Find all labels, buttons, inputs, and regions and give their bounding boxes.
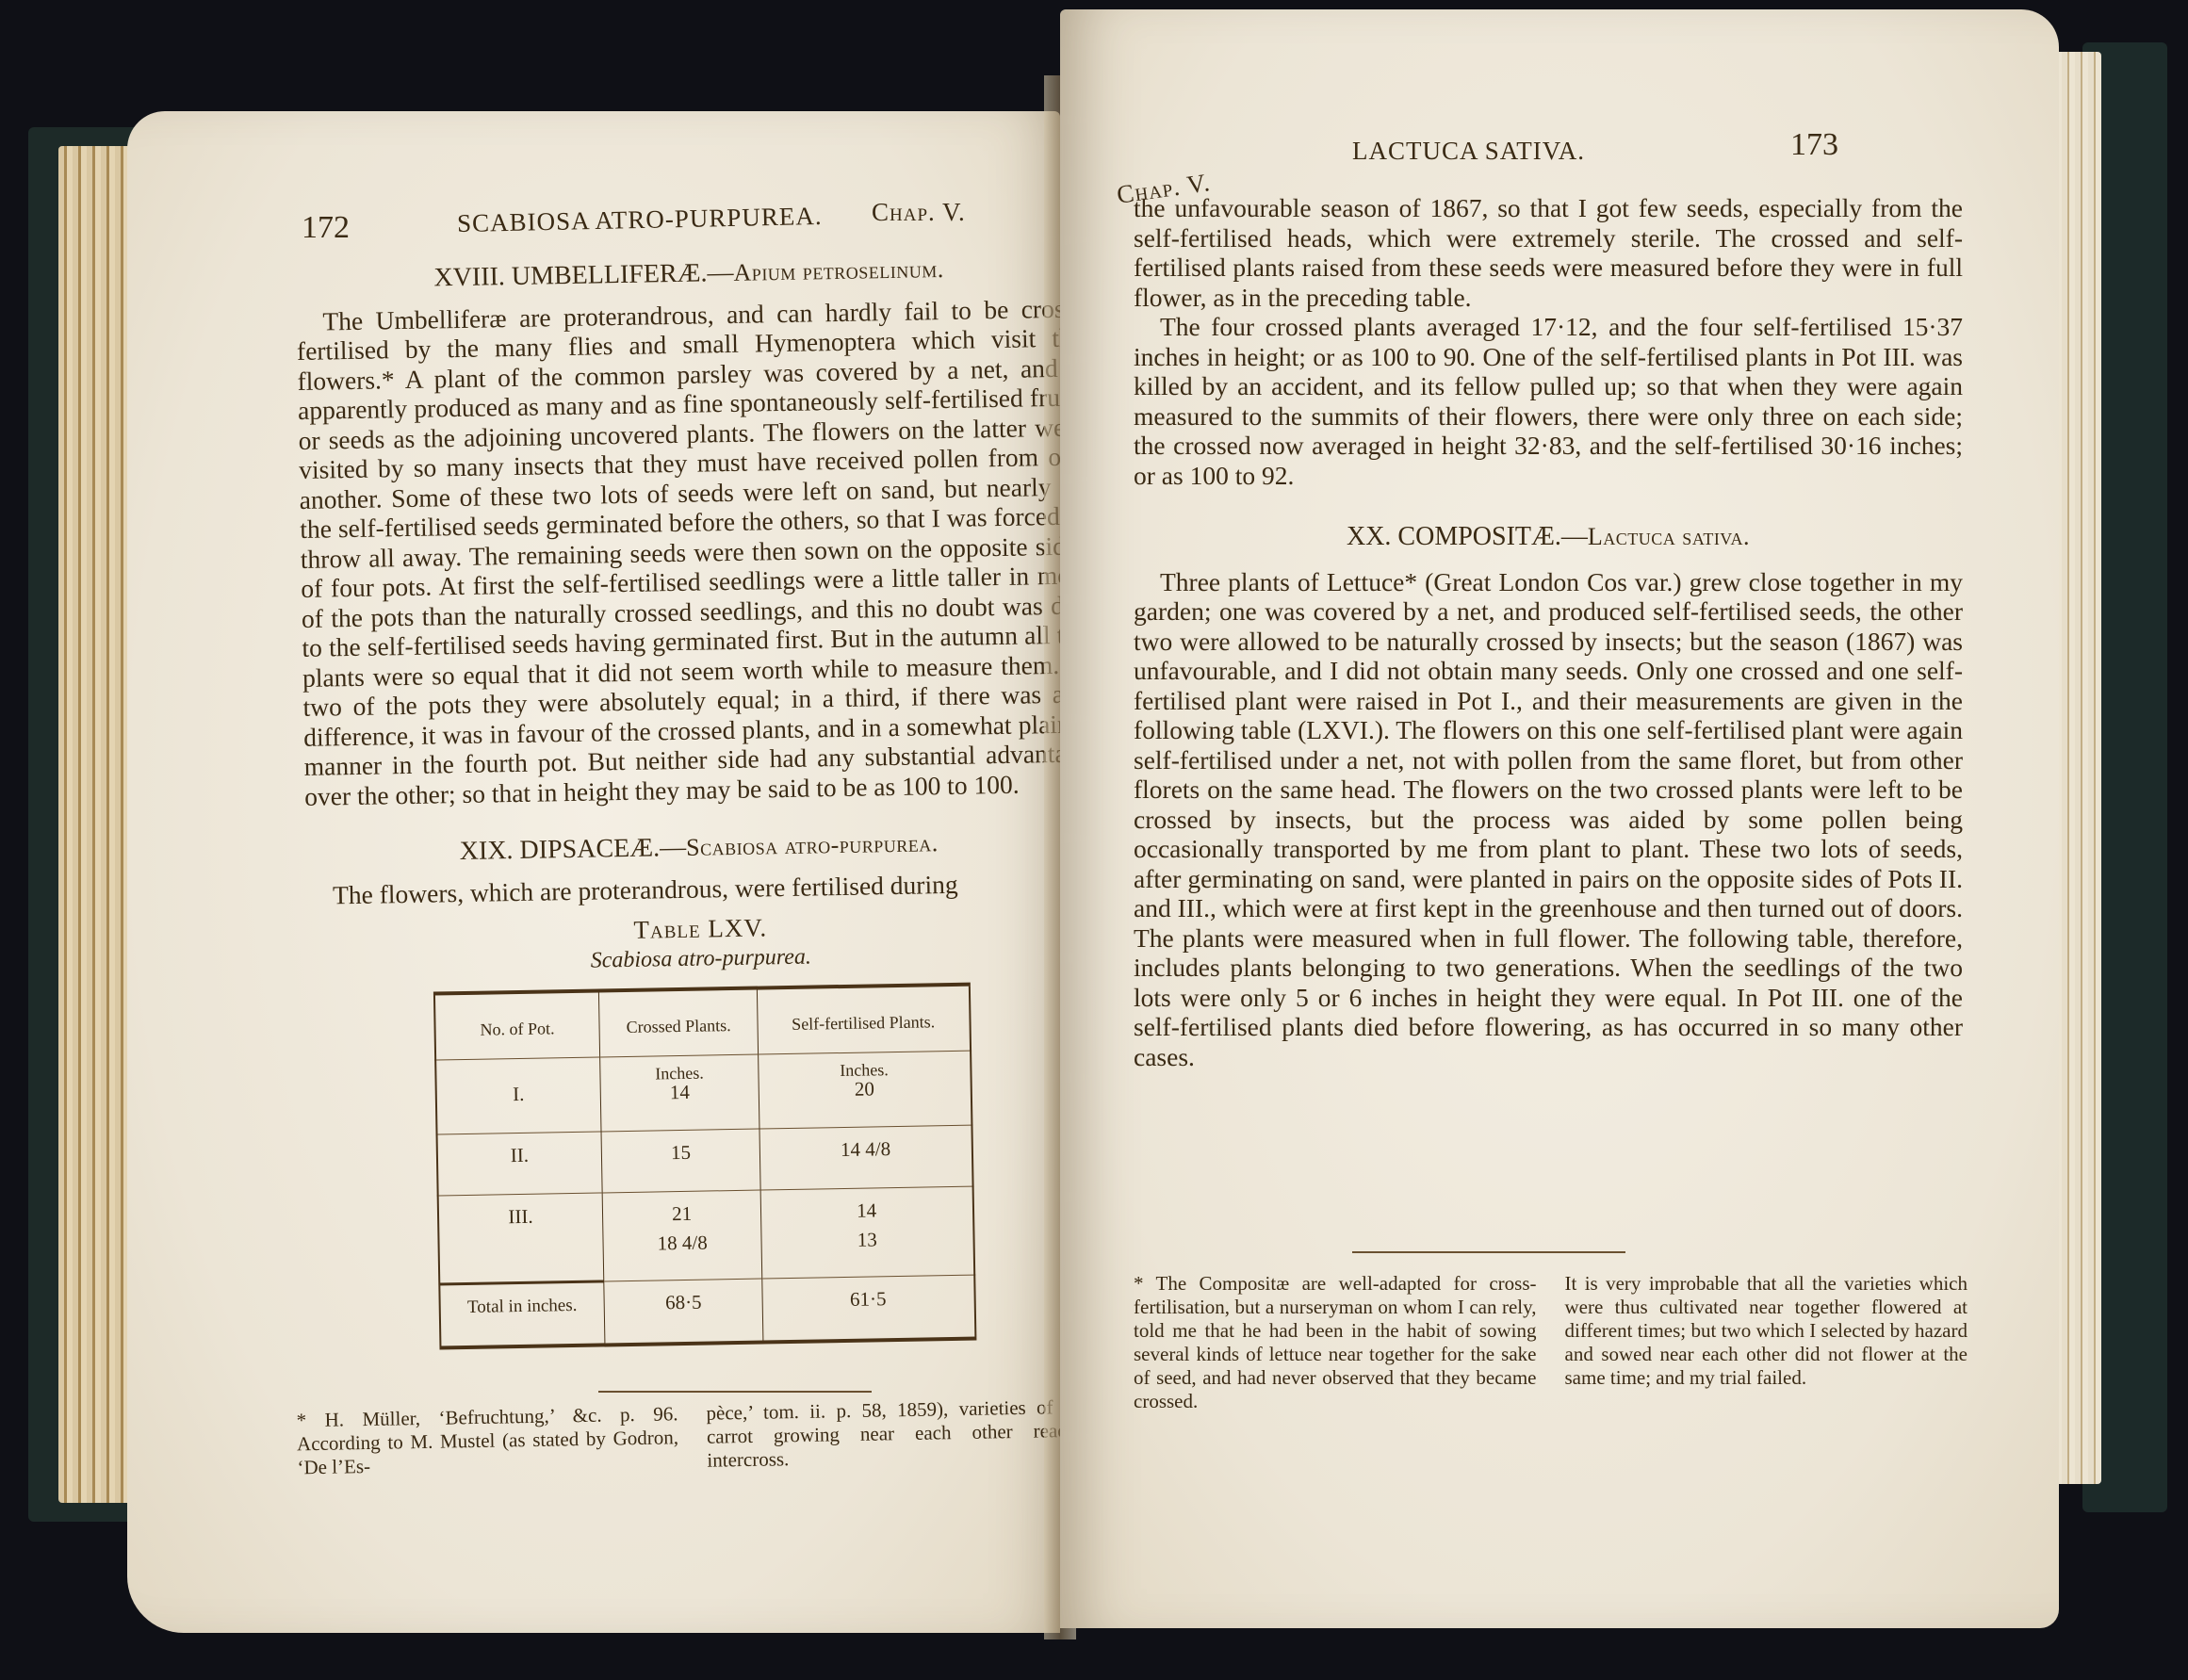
paragraph: the unfavourable season of 1867, so that…: [1134, 193, 1963, 312]
section-title-umbelliferae: XVIII. UMBELLIFERÆ.—Apium petroselinum.: [295, 252, 1082, 295]
paragraph: The flowers, which are proterandrous, we…: [306, 867, 1093, 910]
running-head: SCABIOSA ATRO-PURPUREA.: [457, 202, 823, 238]
right-text-block: the unfavourable season of 1867, so that…: [1134, 193, 1963, 1071]
footnote-text: * H. Müller, ‘Befruchtung,’ &c. p. 96. A…: [296, 1402, 678, 1479]
footnote-text: It is very improbable that all the varie…: [1565, 1272, 1968, 1390]
page-number: 172: [302, 210, 350, 246]
table-total-row: Total in inches. 68·5 61·5: [439, 1275, 975, 1347]
column-header: Crossed Plants.: [599, 988, 759, 1057]
table-row: III. 21 18 4/8 14 13: [437, 1186, 974, 1284]
paragraph: Three plants of Lettuce* (Great London C…: [1134, 567, 1963, 1072]
section-title-compositae: XX. COMPOSITÆ.—Lactuca sativa.: [1134, 522, 1963, 552]
data-table-lxv: No. of Pot. Crossed Plants. Self-fertili…: [433, 983, 976, 1349]
left-page: 172 SCABIOSA ATRO-PURPUREA. Chap. V. XVI…: [127, 111, 1060, 1633]
paragraph: The Umbelliferæ are proterandrous, and c…: [296, 293, 1091, 811]
footnote-rule: [1352, 1251, 1625, 1253]
page-number: 173: [1790, 127, 1838, 163]
running-head: LACTUCA SATIVA.: [1352, 137, 1585, 166]
footnotes: * The Compositæ are well-adapted for cro…: [1134, 1272, 1968, 1413]
column-header: Self-fertilised Plants.: [757, 985, 970, 1054]
footnote-text: pèce,’ tom. ii. p. 58, 1859), varieties …: [706, 1395, 1088, 1473]
right-page: Chap. V. LACTUCA SATIVA. 173 the unfavou…: [1060, 9, 2059, 1628]
footnote-text: * The Compositæ are well-adapted for cro…: [1134, 1272, 1537, 1413]
paragraph: The four crossed plants averaged 17·12, …: [1134, 312, 1963, 490]
table-row: II. 15 14 4/8: [436, 1125, 972, 1196]
column-header: No. of Pot.: [433, 990, 600, 1059]
section-title-dipsaceae: XIX. DIPSACEÆ.—Scabiosa atro-purpurea.: [305, 825, 1092, 869]
chapter-label: Chap. V.: [872, 198, 966, 227]
left-text-block: XVIII. UMBELLIFERÆ.—Apium petroselinum. …: [295, 229, 1101, 1351]
footnote-rule: [598, 1391, 872, 1393]
footnotes: * H. Müller, ‘Befruchtung,’ &c. p. 96. A…: [296, 1395, 1088, 1480]
table-row: I. Inches.14 Inches.20: [435, 1051, 972, 1134]
